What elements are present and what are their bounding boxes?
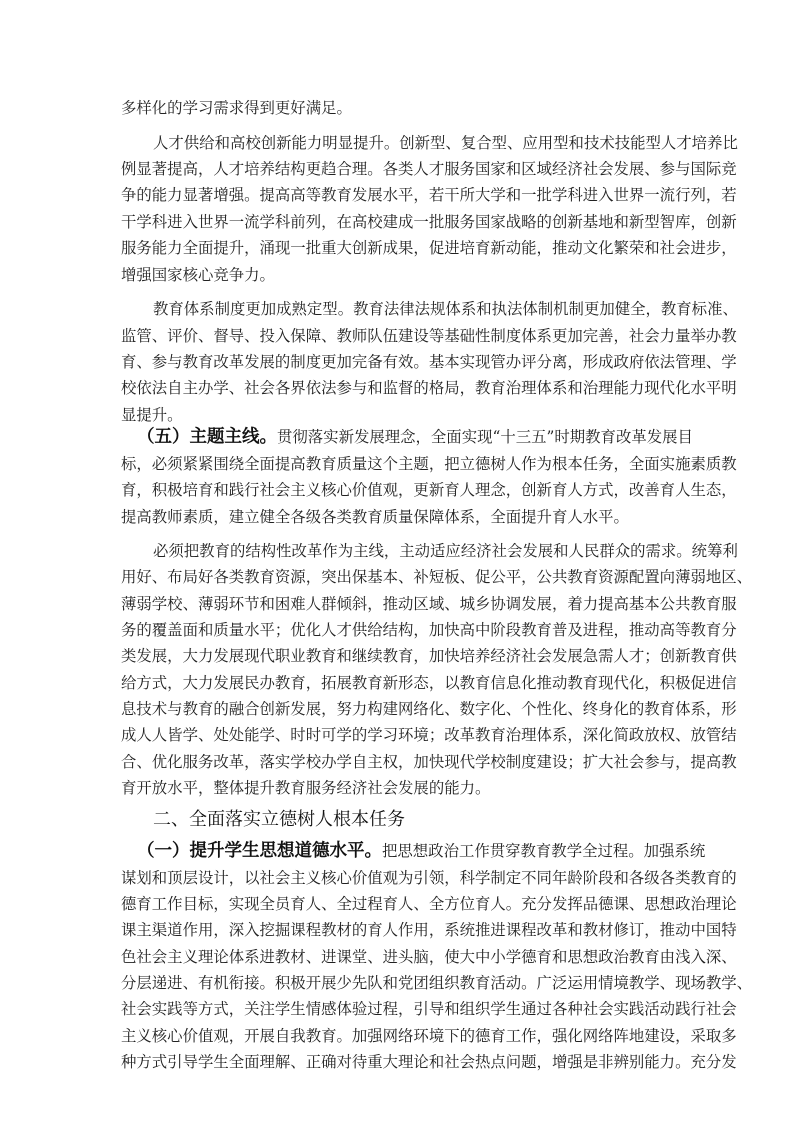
paragraph-line: 课主渠道作用，深入挖掘课程教材的育人作用，系统推进课程改革和教材修订，推动中国特 (121, 917, 673, 943)
paragraph-line: 息技术与教育的融合创新发展，努力构建网络化、数字化、个性化、终身化的教育体系，形 (121, 696, 673, 722)
paragraph-line: 人才供给和高校创新能力明显提升。创新型、复合型、应用型和技术技能型人才培养比 (153, 130, 673, 156)
paragraph-line: 色社会主义理论体系进教材、进课堂、进头脑，使大中小学德育和思想政治教育由浅入深、 (121, 944, 673, 970)
paragraph-line: 务的覆盖面和质量水平；优化人才供给结构，加快高中阶段教育普及进程，推动高等教育分 (121, 617, 673, 643)
paragraph-line: 服务能力全面提升，涌现一批重大创新成果，促进培育新动能，推动文化繁荣和社会进步， (121, 235, 673, 261)
section-heading: 二、全面落实立德树人根本任务 (153, 805, 405, 835)
paragraph-line: 育开放水平，整体提升教育服务经济社会发展的能力。 (121, 775, 673, 801)
paragraph-line: 类发展，大力发展现代职业教育和继续教育，加快培养经济社会发展急需人才；创新教育供 (121, 643, 673, 669)
paragraph-line: 德育工作目标，实现全员育人、全过程育人、全方位育人。充分发挥品德课、思想政治理论 (121, 891, 673, 917)
paragraph-line: 种方式引导学生全面理解、正确对待重大理论和社会热点问题，增强是非辨别能力。充分发 (121, 1049, 673, 1075)
paragraph-line: 成人人皆学、处处能学、时时可学的学习环境；改革教育治理体系，深化简政放权、放管结 (121, 722, 673, 748)
section-lead-label: （五）主题主线。 (137, 427, 277, 447)
paragraph-line: 增强国家核心竞争力。 (121, 262, 673, 288)
paragraph-line: （一）提升学生思想道德水平。把思想政治工作贯穿教育教学全过程。加强系统 (137, 838, 673, 864)
paragraph-line: 教育体系制度更加成熟定型。教育法律法规体系和执法体制机制更加健全，教育标准、 (153, 296, 673, 322)
paragraph-line: 谋划和顶层设计，以社会主义核心价值观为引领，科学制定不同年龄阶段和各级各类教育的 (121, 865, 673, 891)
paragraph-line: 社会实践等方式，关注学生情感体验过程，引导和组织学生通过各种社会实践活动践行社会 (121, 996, 673, 1022)
paragraph-line: 育，积极培育和践行社会主义核心价值观，更新育人理念，创新育人方式，改善育人生态， (121, 477, 673, 503)
paragraph-line: 分层递进、有机衔接。积极开展少先队和党团组织教育活动。广泛运用情境教学、现场教学… (121, 970, 673, 996)
paragraph-line: 薄弱学校、薄弱环节和困难人群倾斜，推动区域、城乡协调发展，着力提高基本公共教育服 (121, 591, 673, 617)
document-page: 多样化的学习需求得到更好满足。 人才供给和高校创新能力明显提升。创新型、复合型、… (0, 0, 793, 1122)
paragraph-text: 把思想政治工作贯穿教育教学全过程。加强系统 (382, 842, 705, 860)
subsection-lead-label: （一）提升学生思想道德水平。 (137, 841, 382, 861)
paragraph-line: 监管、评价、督导、投入保障、教师队伍建设等基础性制度体系更加完善，社会力量举办教 (121, 323, 673, 349)
paragraph-line: （五）主题主线。贯彻落实新发展理念，全面实现“十三五”时期教育改革发展目 (137, 424, 673, 450)
paragraph-line: 提高教师素质，建立健全各级各类教育质量保障体系，全面提升育人水平。 (121, 504, 673, 530)
paragraph-line: 主义核心价值观，开展自我教育。加强网络环境下的德育工作，强化网络阵地建设，采取多 (121, 1023, 673, 1049)
paragraph-line: 校依法自主办学、社会各界依法参与和监督的格局，教育治理体系和治理能力现代化水平明 (121, 375, 673, 401)
paragraph-line: 给方式，大力发展民办教育，拓展教育新形态，以教育信息化推动教育现代化，积极促进信 (121, 670, 673, 696)
paragraph-line: 合、优化服务改革，落实学校办学自主权，加快现代学校制度建设；扩大社会参与，提高教 (121, 749, 673, 775)
paragraph-line: 必须把教育的结构性改革作为主线，主动适应经济社会发展和人民群众的需求。统筹利 (153, 538, 673, 564)
paragraph-line: 育、参与教育改革发展的制度更加完备有效。基本实现管办评分离，形成政府依法管理、学 (121, 349, 673, 375)
paragraph-line: 标，必须紧紧围绕全面提高教育质量这个主题，把立德树人作为根本任务，全面实施素质教 (121, 451, 673, 477)
paragraph-line: 例显著提高，人才培养结构更趋合理。各类人才服务国家和区域经济社会发展、参与国际竞 (121, 156, 673, 182)
paragraph-line: 争的能力显著增强。提高高等教育发展水平，若干所大学和一批学科进入世界一流行列，若 (121, 182, 673, 208)
paragraph-line: 干学科进入世界一流学科前列，在高校建成一批服务国家战略的创新基地和新型智库，创新 (121, 209, 673, 235)
paragraph-text: 贯彻落实新发展理念，全面实现“十三五”时期教育改革发展目 (277, 428, 693, 446)
paragraph-line: 多样化的学习需求得到更好满足。 (121, 95, 673, 121)
paragraph-line: 用好、布局好各类教育资源，突出保基本、补短板、促公平，公共教育资源配置向薄弱地区… (121, 564, 673, 590)
